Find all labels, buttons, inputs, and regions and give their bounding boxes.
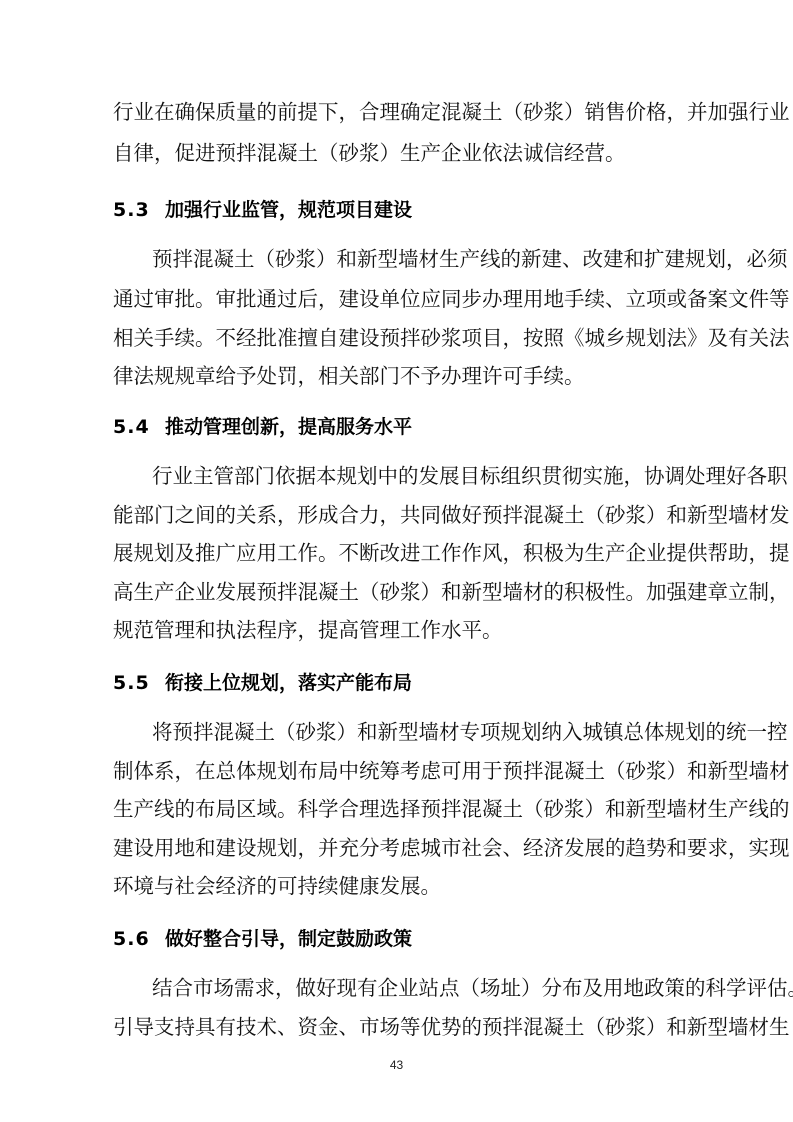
paragraph-line: 引导支持具有技术、资金、市场等优势的预拌混凝土（砂浆）和新型墙材生 — [113, 1015, 727, 1039]
paragraph-line: 能部门之间的关系，形成合力，共同做好预拌混凝土（砂浆）和新型墙材发 — [113, 503, 727, 527]
paragraph-line: 展规划及推广应用工作。不断改进工作作风，积极为生产企业提供帮助，提 — [113, 541, 727, 565]
paragraph-line: 律法规规章给予处罚，相关部门不予办理许可手续。 — [113, 364, 727, 388]
section-heading-5-6: 5.6做好整合引导，制定鼓励政策 — [113, 927, 412, 951]
paragraph-line: 将预拌混凝土（砂浆）和新型墙材专项规划纳入城镇总体规划的统一控 — [152, 720, 727, 744]
section-heading-5-4: 5.4推动管理创新，提高服务水平 — [113, 415, 412, 439]
section-number: 5.6 — [113, 927, 165, 951]
document-page: 行业在确保质量的前提下，合理确定混凝土（砂浆）销售价格，并加强行业 自律，促进预… — [0, 0, 793, 1122]
section-heading-5-3: 5.3加强行业监管，规范项目建设 — [113, 198, 412, 222]
paragraph-line: 行业主管部门依据本规划中的发展目标组织贯彻实施，协调处理好各职 — [152, 464, 727, 488]
section-title: 推动管理创新，提高服务水平 — [165, 416, 412, 438]
paragraph-line: 自律，促进预拌混凝土（砂浆）生产企业依法诚信经营。 — [113, 141, 727, 165]
section-number: 5.4 — [113, 415, 165, 439]
paragraph-line: 环境与社会经济的可持续健康发展。 — [113, 874, 727, 898]
paragraph-line: 行业在确保质量的前提下，合理确定混凝土（砂浆）销售价格，并加强行业 — [113, 100, 727, 124]
section-heading-5-5: 5.5衔接上位规划，落实产能布局 — [113, 671, 412, 695]
paragraph-line: 制体系，在总体规划布局中统筹考虑可用于预拌混凝土（砂浆）和新型墙材 — [113, 759, 727, 783]
section-title: 加强行业监管，规范项目建设 — [165, 199, 412, 221]
paragraph-line: 建设用地和建设规划，并充分考虑城市社会、经济发展的趋势和要求，实现 — [113, 836, 727, 860]
paragraph-line: 规范管理和执法程序，提高管理工作水平。 — [113, 618, 727, 642]
section-number: 5.3 — [113, 198, 165, 222]
paragraph-line: 通过审批。审批通过后，建设单位应同步办理用地手续、立项或备案文件等 — [113, 287, 727, 311]
paragraph-line: 预拌混凝土（砂浆）和新型墙材生产线的新建、改建和扩建规划，必须 — [152, 247, 727, 271]
paragraph-line: 结合市场需求，做好现有企业站点（场址）分布及用地政策的科学评估。 — [152, 976, 727, 1000]
section-number: 5.5 — [113, 671, 165, 695]
paragraph-line: 生产线的布局区域。科学合理选择预拌混凝土（砂浆）和新型墙材生产线的 — [113, 797, 727, 821]
section-title: 做好整合引导，制定鼓励政策 — [165, 928, 412, 950]
paragraph-line: 高生产企业发展预拌混凝土（砂浆）和新型墙材的积极性。加强建章立制， — [113, 580, 727, 604]
section-title: 衔接上位规划，落实产能布局 — [165, 672, 412, 694]
paragraph-line: 相关手续。不经批准擅自建设预拌砂浆项目，按照《城乡规划法》及有关法 — [113, 326, 727, 350]
page-number: 43 — [0, 1058, 793, 1072]
